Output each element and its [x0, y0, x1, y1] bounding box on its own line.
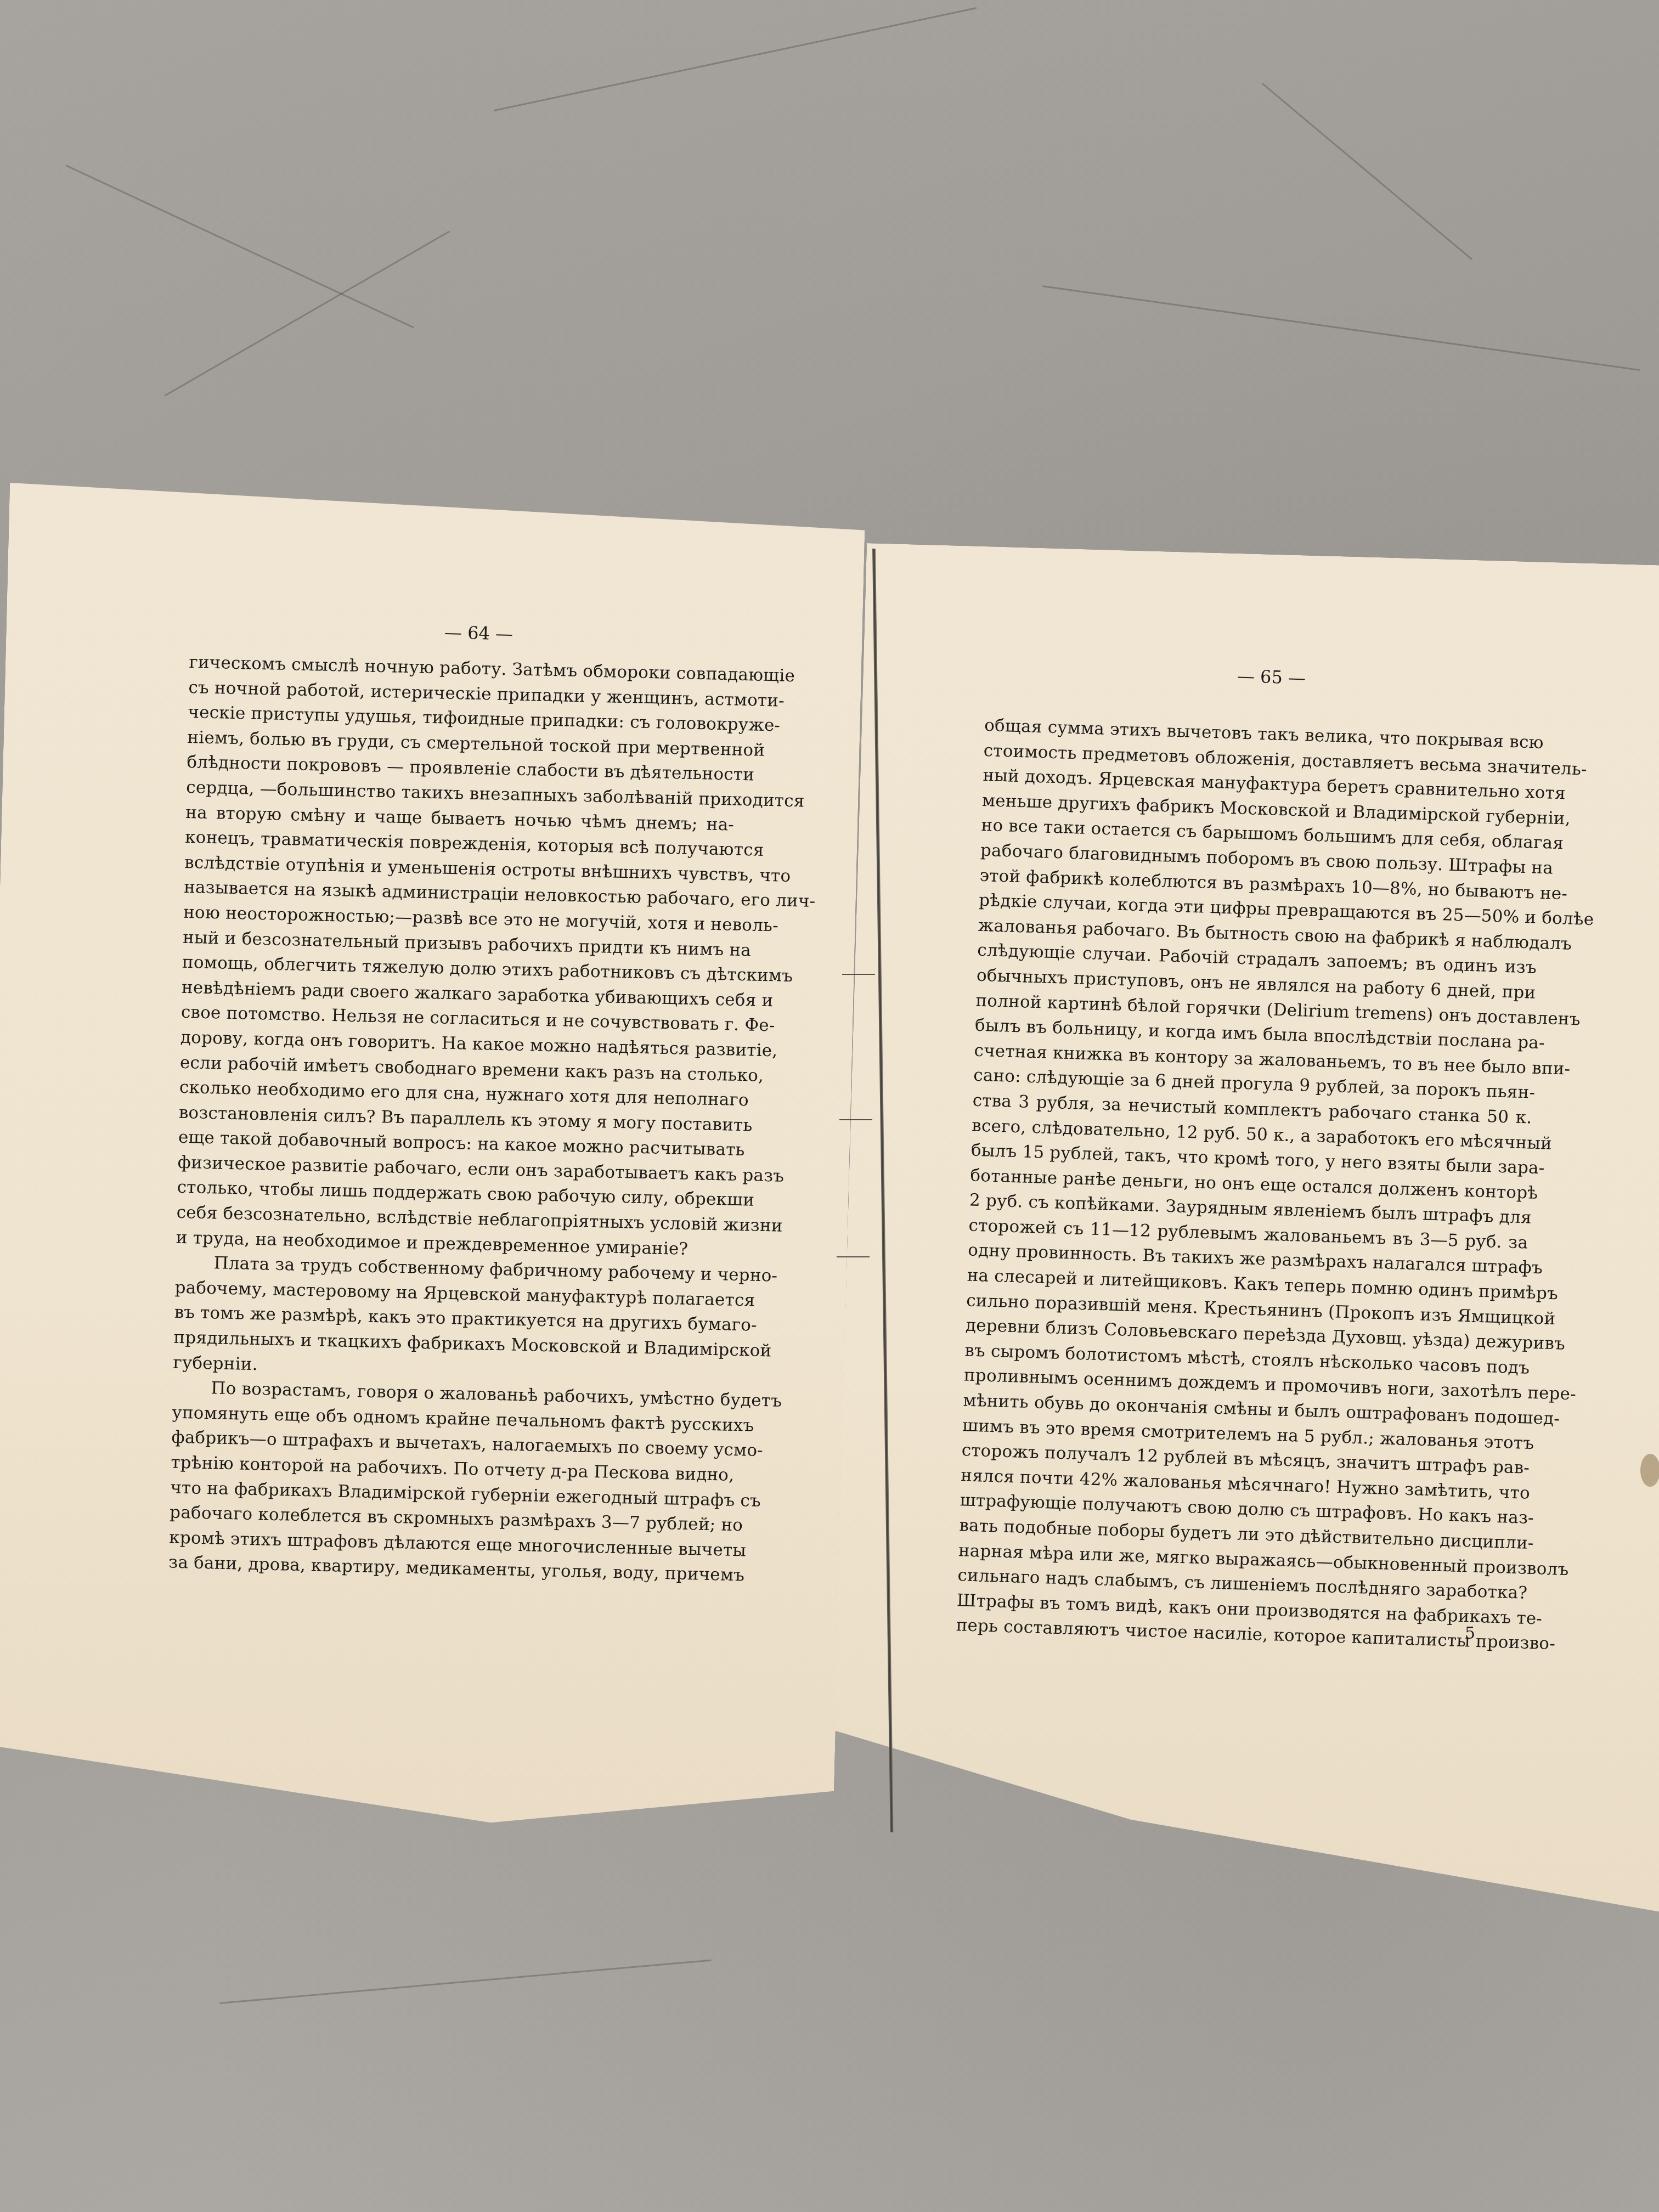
binding-stitch: [839, 1119, 872, 1120]
binding-stitch: [842, 974, 875, 975]
background-texture-line: [1261, 82, 1472, 260]
page-number-left: — 64 —: [444, 622, 513, 645]
background-texture-line: [1042, 285, 1640, 371]
paper-stain: [1640, 1454, 1659, 1487]
right-page-text: общая сумма этихъ вычетовъ такъ велика, …: [956, 713, 1544, 1656]
binding-stitch: [837, 1256, 870, 1257]
left-page-text: гическомъ смыслѣ ночную работу. Затѣмъ о…: [168, 650, 738, 1588]
background-texture-line: [494, 7, 977, 111]
background-texture-line: [65, 165, 414, 329]
background-texture-line: [219, 1960, 712, 2004]
signature-mark: 5: [1465, 1624, 1475, 1643]
background-texture-line: [164, 230, 450, 397]
page-number-right: — 65 —: [1237, 665, 1306, 689]
